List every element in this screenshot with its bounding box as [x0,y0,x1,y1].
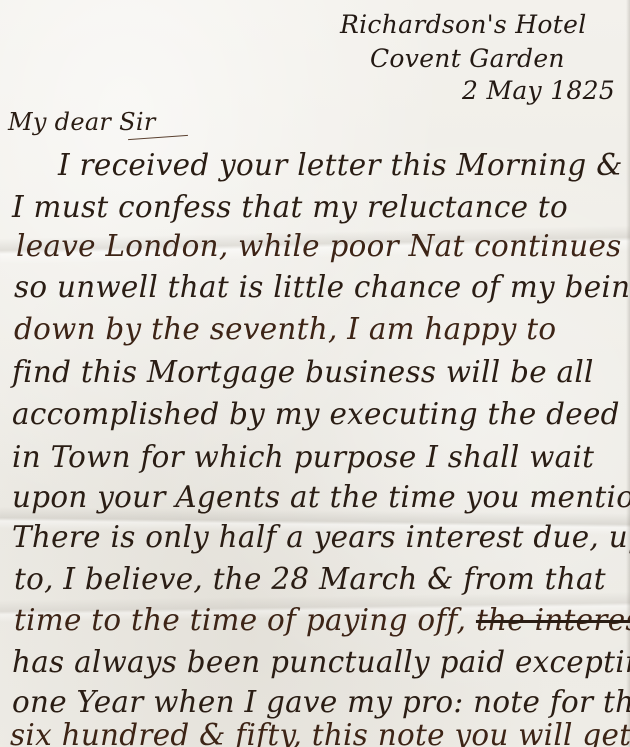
body-line: time to the time of paying off, the inte… [14,603,630,638]
body-line: leave London, while poor Nat continues [16,229,622,264]
body-line: has always been punctually paid exceptin… [12,645,630,680]
body-line: find this Mortgage business will be all [12,355,594,390]
letter-page: Richardson's Hotel Covent Garden 2 May 1… [0,0,630,747]
body-line: I must confess that my reluctance to [12,190,568,225]
body-line: upon your Agents at the time you mention [12,480,630,515]
salutation: My dear Sir [8,108,156,136]
body-line: to, I believe, the 28 March & from that [14,562,606,597]
body-line: one Year when I gave my pro: note for th… [12,685,630,720]
body-line: There is only half a years interest due,… [12,520,630,555]
body-line-text: time to the time of paying off, [14,603,466,638]
body-line: in Town for which purpose I shall wait [12,440,594,475]
address-line-2: Covent Garden [370,44,565,73]
body-line: six hundred & fifty, this note you will … [10,718,630,747]
address-line-1: Richardson's Hotel [340,10,587,39]
body-line: accomplished by my executing the deed [12,397,620,432]
struck-text: the interest [476,603,630,638]
body-line: down by the seventh, I am happy to [14,312,556,347]
body-line: so unwell that is little chance of my be… [14,270,630,305]
letter-date: 2 May 1825 [462,76,615,105]
body-line: I received your letter this Morning & [58,148,623,183]
